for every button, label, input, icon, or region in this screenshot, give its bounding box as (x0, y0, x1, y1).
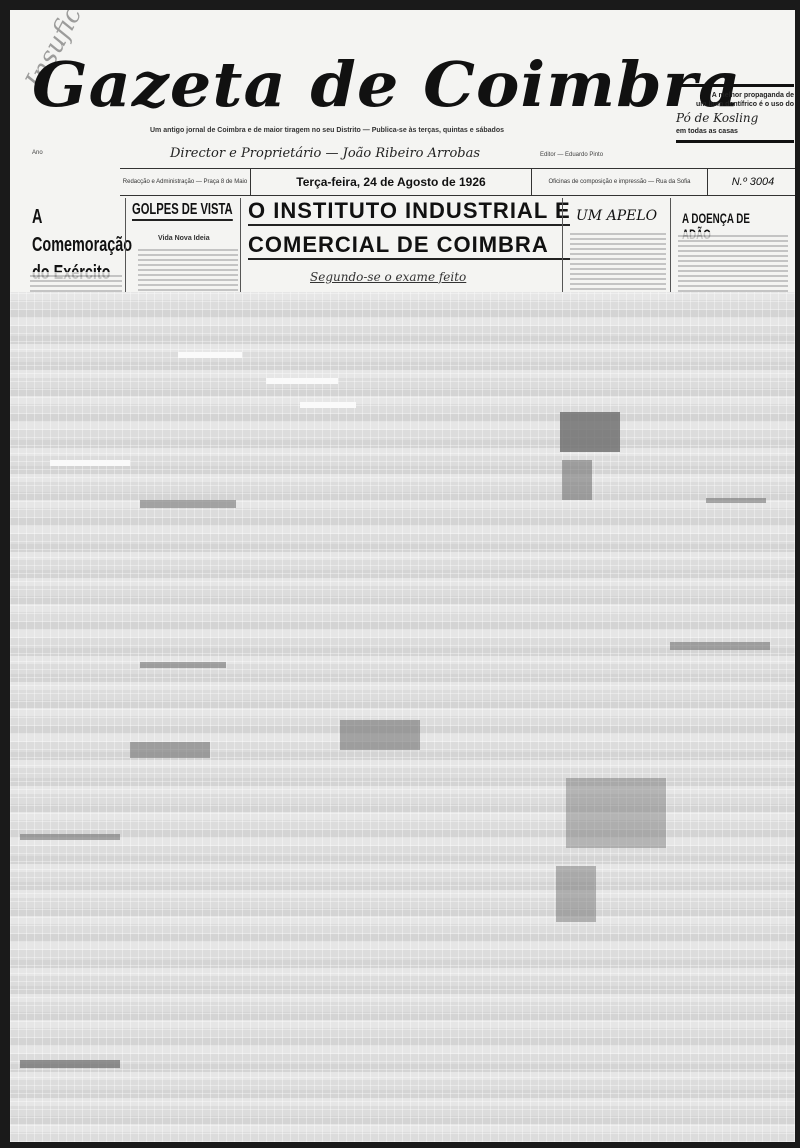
dateline-bar: Redacção e Administração — Praça 8 de Ma… (120, 168, 795, 196)
advert-line-2: um bom dentífrico é o uso do (676, 100, 794, 109)
newspaper-page: Insufic. Gazeta de Coimbra Um antigo jor… (10, 10, 795, 1142)
headline-apelo: UM APELO (576, 208, 657, 224)
headline-golpes: GOLPES DE VISTA (132, 201, 233, 221)
dateline-right: Oficinas de composição e impressão — Rua… (532, 169, 708, 195)
article-text (138, 246, 238, 292)
subheading-block (670, 642, 770, 650)
subheading-block (20, 1060, 120, 1068)
issue-date: Terça-feira, 24 de Agosto de 1926 (251, 169, 532, 195)
subheading-block (20, 834, 120, 840)
subheadline-golpes: Vida Nova Ideia (158, 235, 210, 242)
advert-line-3: em todas as casas (676, 127, 794, 136)
masthead-motto: Um antigo jornal de Coimbra e de maior t… (150, 127, 504, 134)
headline-block (340, 720, 420, 750)
gap (300, 402, 356, 408)
masthead-title: Gazeta de Coimbra (32, 48, 741, 121)
article-text (570, 230, 666, 292)
article-text (30, 272, 122, 292)
advert-box: A melhor propaganda de um bom dentífrico… (676, 80, 794, 147)
divider (676, 140, 794, 143)
advert-product: Pó de Kosling (676, 111, 794, 125)
column-rule (670, 198, 671, 293)
advert-line-1: A melhor propaganda de (676, 91, 794, 100)
image-block (562, 460, 592, 500)
subheading-block (140, 500, 236, 508)
divider (676, 84, 794, 87)
headline-block (130, 742, 210, 758)
main-headline-line1: O INSTITUTO INDUSTRIAL E (248, 198, 570, 226)
main-headline-line2: COMERCIAL DE COIMBRA (248, 232, 570, 260)
year-note: Ano (32, 150, 43, 156)
gap (178, 352, 242, 358)
subheading-block (140, 662, 226, 668)
image-block (556, 866, 596, 922)
issue-number: N.º 3004 (708, 169, 795, 195)
image-block (566, 778, 666, 848)
column-rule (240, 198, 241, 293)
article-text (678, 232, 788, 292)
headline-block (560, 412, 620, 452)
dateline-left: Redacção e Administração — Praça 8 de Ma… (120, 169, 251, 195)
column-rule (125, 198, 126, 293)
editor-note: Editor — Eduardo Pinto (540, 152, 603, 158)
main-subheadline: Segundo-se o exame feito (310, 270, 466, 284)
gap (266, 378, 338, 384)
pixelated-body (10, 292, 795, 1142)
column-rule (562, 198, 563, 293)
subheading-block (706, 498, 766, 503)
gap (50, 460, 130, 466)
director-line: Director e Proprietário — João Ribeiro A… (170, 146, 480, 161)
